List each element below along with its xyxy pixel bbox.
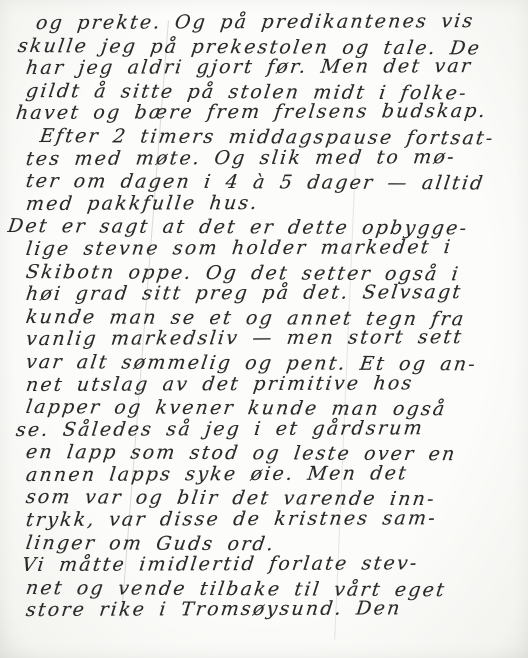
- handwriting-block: og prekte. Og på predikantenes vis skull…: [0, 12, 528, 622]
- handwritten-line: annen lapps syke øie. Men det: [25, 462, 526, 487]
- handwritten-line: har jeg aldri gjort før. Men det var: [25, 55, 526, 80]
- handwritten-line: lige stevne som holder markedet i: [25, 236, 526, 261]
- handwritten-line: store rike i Tromsøysund. Den: [25, 597, 526, 622]
- handwritten-line: høi grad sitt preg på det. Selvsagt: [25, 281, 526, 306]
- handwritten-line: vanlig markedsliv — men stort sett: [25, 326, 526, 351]
- handwritten-line: se. Således så jeg i et gårdsrum: [15, 416, 526, 441]
- handwritten-line: og prekte. Og på predikantenes vis: [35, 10, 526, 35]
- handwritten-line: net utslag av det primitive hos: [25, 371, 526, 396]
- handwritten-line: trykk, var disse de kristnes sam-: [25, 507, 526, 532]
- handwritten-line: havet og bære frem frelsens budskap.: [15, 100, 526, 125]
- handwritten-line: tes med møte. Og slik med to mø-: [25, 145, 526, 170]
- handwritten-line: Vi måtte imidlertid forlate stev-: [21, 552, 526, 577]
- handwritten-line: med pakkfulle hus.: [25, 191, 526, 216]
- manuscript-page: og prekte. Og på predikantenes vis skull…: [0, 0, 528, 658]
